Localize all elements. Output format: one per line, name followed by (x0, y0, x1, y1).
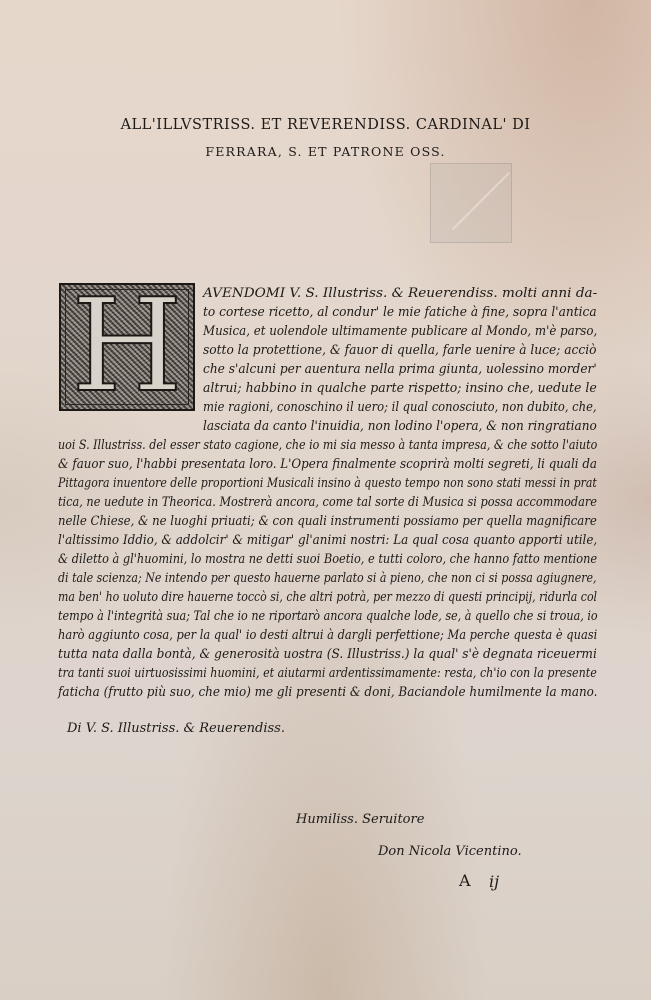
body-line: l'altissimo Iddio, & addolcir' & mitigar… (58, 531, 597, 549)
body-line: tutta nata dalla bontà, & generosità uos… (58, 645, 597, 663)
body-line: faticha (frutto più suo, che mio) me gli… (58, 683, 597, 701)
body-line: che s'alcuni per auentura nella prima gi… (203, 360, 597, 378)
body-line: tempo à l'integrità sua; Tal che io ne r… (58, 607, 598, 625)
body-line: nelle Chiese, & ne luoghi priuati; & con… (58, 512, 597, 530)
signature-mark-letter: A (459, 871, 471, 890)
book-page: ALL'ILLVSTRISS. ET REVERENDISS. CARDINAL… (0, 0, 651, 1000)
show-through-woodcut (430, 163, 512, 243)
closing-servant: Humiliss. Seruitore (296, 811, 424, 829)
body-line: to cortese ricetto, al condur' le mie fa… (203, 303, 597, 321)
body-line: Musica, et uolendole ultimamente publica… (203, 322, 597, 340)
body-line: sotto la protettione, & fauor di quella,… (203, 341, 596, 359)
body-line: tica, ne uedute in Theorica. Mostrerà an… (58, 493, 597, 511)
dedication-heading-line-2: FERRARA, S. ET PATRONE OSS. (0, 144, 651, 159)
initial-letter: H (61, 277, 193, 417)
body-line: tra tanti suoi uirtuosissimi huomini, et… (58, 664, 597, 682)
body-line: AVENDOMI V. S. Illustriss. & Reuerendiss… (203, 284, 597, 302)
closing-signature: Don Nicola Vicentino. (378, 843, 522, 861)
woodcut-initial: H (59, 283, 195, 411)
body-line: lasciata da canto l'inuidia, non lodino … (203, 417, 597, 435)
body-line: & fauor suo, l'habbi presentata loro. L'… (58, 455, 597, 473)
closing-address: Di V. S. Illustriss. & Reuerendiss. (67, 720, 285, 738)
body-line: altrui; habbino in qualche parte rispett… (203, 379, 597, 397)
body-line: di tale scienza; Ne intendo per questo h… (58, 569, 597, 587)
body-line: uoi S. Illustriss. del esser stato cagio… (58, 436, 597, 454)
body-line: ma ben' ho uoluto dire hauerne toccò si,… (58, 588, 597, 606)
body-line: mie ragioni, conoschino il uero; il qual… (203, 398, 597, 416)
signature-mark-number: ij (489, 872, 499, 891)
body-line: harò aggiunto cosa, per la qual' io dest… (58, 626, 597, 644)
body-line: & diletto à gl'huomini, lo mostra ne det… (58, 550, 597, 568)
body-line: Pittagora inuentore delle proportioni Mu… (58, 474, 597, 492)
dedication-heading-line-1: ALL'ILLVSTRISS. ET REVERENDISS. CARDINAL… (0, 117, 651, 133)
